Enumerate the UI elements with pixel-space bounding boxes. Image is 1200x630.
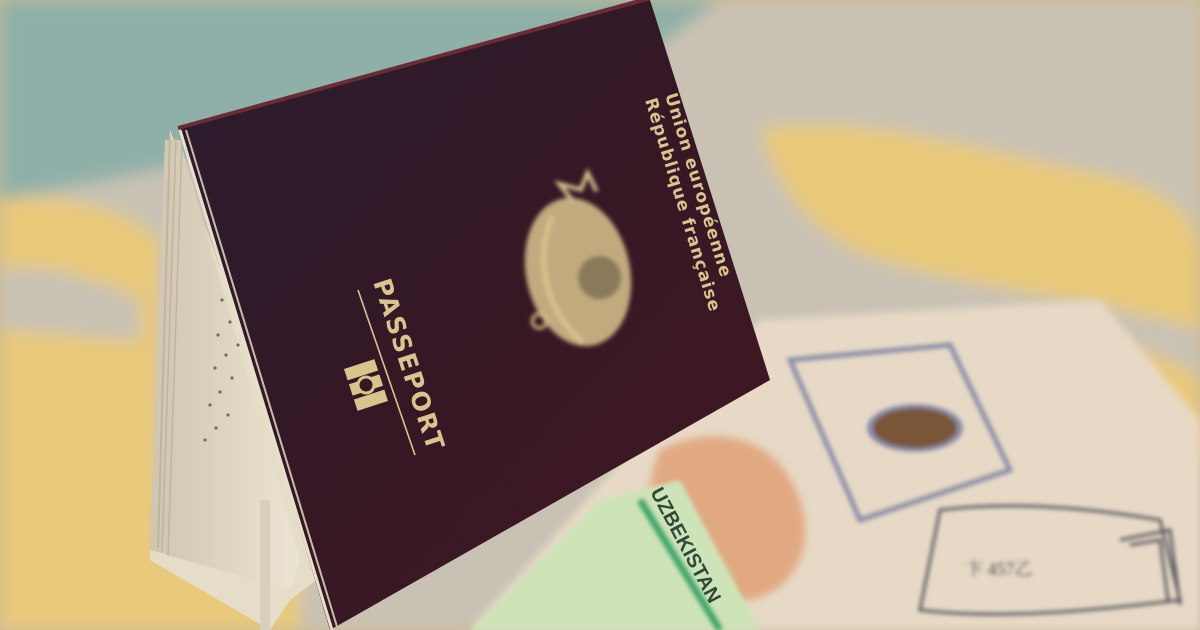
svg-text:卞 457乙: 卞 457乙 bbox=[965, 559, 1033, 579]
passport-photo: 卞 457乙 UZBEKISTAN bbox=[0, 0, 1200, 630]
photo-scene: 卞 457乙 UZBEKISTAN bbox=[0, 0, 1200, 630]
